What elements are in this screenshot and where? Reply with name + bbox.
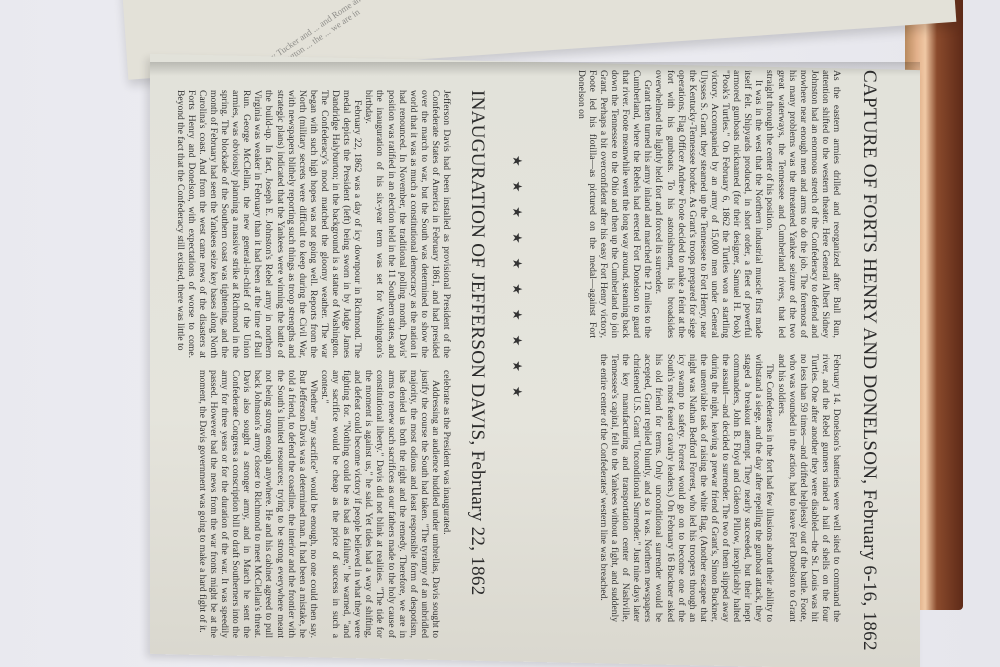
article-2-left-column: Jefferson Davis had been installed as pr…	[175, 90, 452, 358]
paragraph: Addressing an audience huddled under umb…	[319, 370, 441, 638]
article-1-title: CAPTURE OF FORTS HENRY AND DONELSON, Feb…	[858, 70, 880, 630]
paragraph: February 14. Donelson's batteries were w…	[775, 354, 842, 622]
star-separator: ★★★★★★★★★★	[509, 155, 525, 555]
paragraph: Whether "any sacrifice" would be enough,…	[197, 370, 319, 638]
article-2-title: INAUGURATION OF JEFFERSON DAVIS, Februar…	[466, 90, 488, 650]
rotated-page-content: CAPTURE OF FORTS HENRY AND DONELSON, Feb…	[180, 70, 880, 630]
paragraph: February 22, 1862 was a day of icy downp…	[175, 90, 364, 358]
paragraph: Grant then turned his army inland and ma…	[576, 70, 654, 338]
paragraph: It was in the west that the Northern ind…	[653, 70, 764, 338]
paragraph: As the eastern armies drilled and reorga…	[764, 70, 842, 338]
article-2-right-column: celebrate as the President was inaugurat…	[197, 370, 452, 638]
article-1-right-column: February 14. Donelson's batteries were w…	[598, 354, 842, 622]
paragraph: Jefferson Davis had been installed as pr…	[363, 90, 452, 358]
article-1-left-column: As the eastern armies drilled and reorga…	[576, 70, 842, 338]
paragraph: The Confederates in the fort had few ill…	[598, 354, 776, 622]
paragraph: celebrate as the President was inaugurat…	[441, 370, 452, 638]
